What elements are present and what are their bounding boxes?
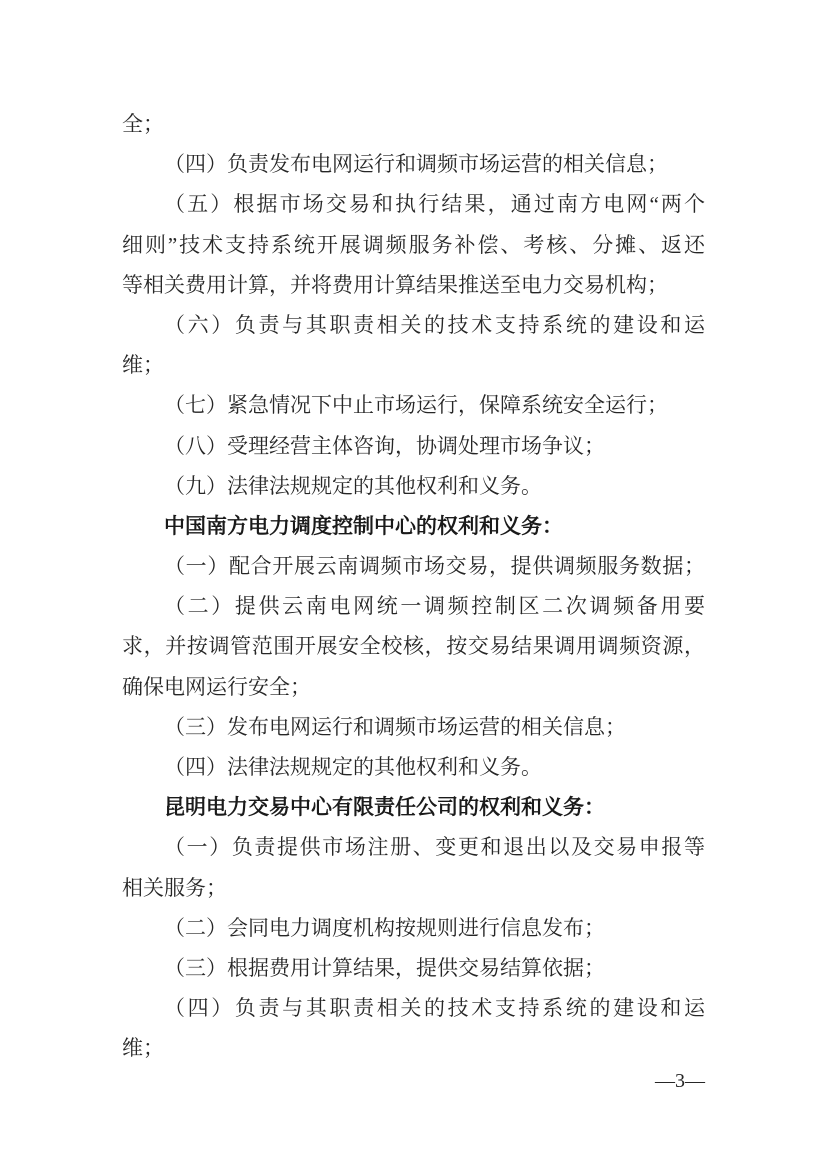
text-line: 相关服务； <box>122 868 705 908</box>
text-line: （三）根据费用计算结果，提供交易结算依据； <box>122 948 705 988</box>
text-line: （三）发布电网运行和调频市场运营的相关信息； <box>122 707 705 747</box>
text-line: 维； <box>122 1028 705 1068</box>
section-heading: 昆明电力交易中心有限责任公司的权利和义务： <box>122 787 705 827</box>
text-line: （七）紧急情况下中止市场运行，保障系统安全运行； <box>122 385 705 425</box>
text-line: 确保电网运行安全； <box>122 667 705 707</box>
text-line: 维； <box>122 345 705 385</box>
text-line: （八）受理经营主体咨询，协调处理市场争议； <box>122 426 705 466</box>
text-line: （六）负责与其职责相关的技术支持系统的建设和运 <box>122 305 705 345</box>
text-line: 求，并按调管范围开展安全校核，按交易结果调用调频资源， <box>122 626 705 666</box>
text-line: （九）法律法规规定的其他权利和义务。 <box>122 466 705 506</box>
text-line: （四）负责发布电网运行和调频市场运营的相关信息； <box>122 144 705 184</box>
text-line: （五）根据市场交易和执行结果，通过南方电网“两个 <box>122 184 705 224</box>
text-line: （二）会同电力调度机构按规则进行信息发布； <box>122 908 705 948</box>
section-heading: 中国南方电力调度控制中心的权利和义务： <box>122 506 705 546</box>
document-page: 全；（四）负责发布电网运行和调频市场运营的相关信息；（五）根据市场交易和执行结果… <box>0 0 827 1170</box>
page-number: —3— <box>655 1068 705 1094</box>
text-line: （一）负责提供市场注册、变更和退出以及交易申报等 <box>122 827 705 867</box>
text-line: （四）法律法规规定的其他权利和义务。 <box>122 747 705 787</box>
text-line: （四）负责与其职责相关的技术支持系统的建设和运 <box>122 988 705 1028</box>
text-line: （一）配合开展云南调频市场交易，提供调频服务数据； <box>122 546 705 586</box>
text-line: 细则”技术支持系统开展调频服务补偿、考核、分摊、返还 <box>122 225 705 265</box>
text-line: 全； <box>122 104 705 144</box>
text-line: 等相关费用计算，并将费用计算结果推送至电力交易机构； <box>122 265 705 305</box>
text-line: （二）提供云南电网统一调频控制区二次调频备用要 <box>122 586 705 626</box>
document-body: 全；（四）负责发布电网运行和调频市场运营的相关信息；（五）根据市场交易和执行结果… <box>122 104 705 1069</box>
